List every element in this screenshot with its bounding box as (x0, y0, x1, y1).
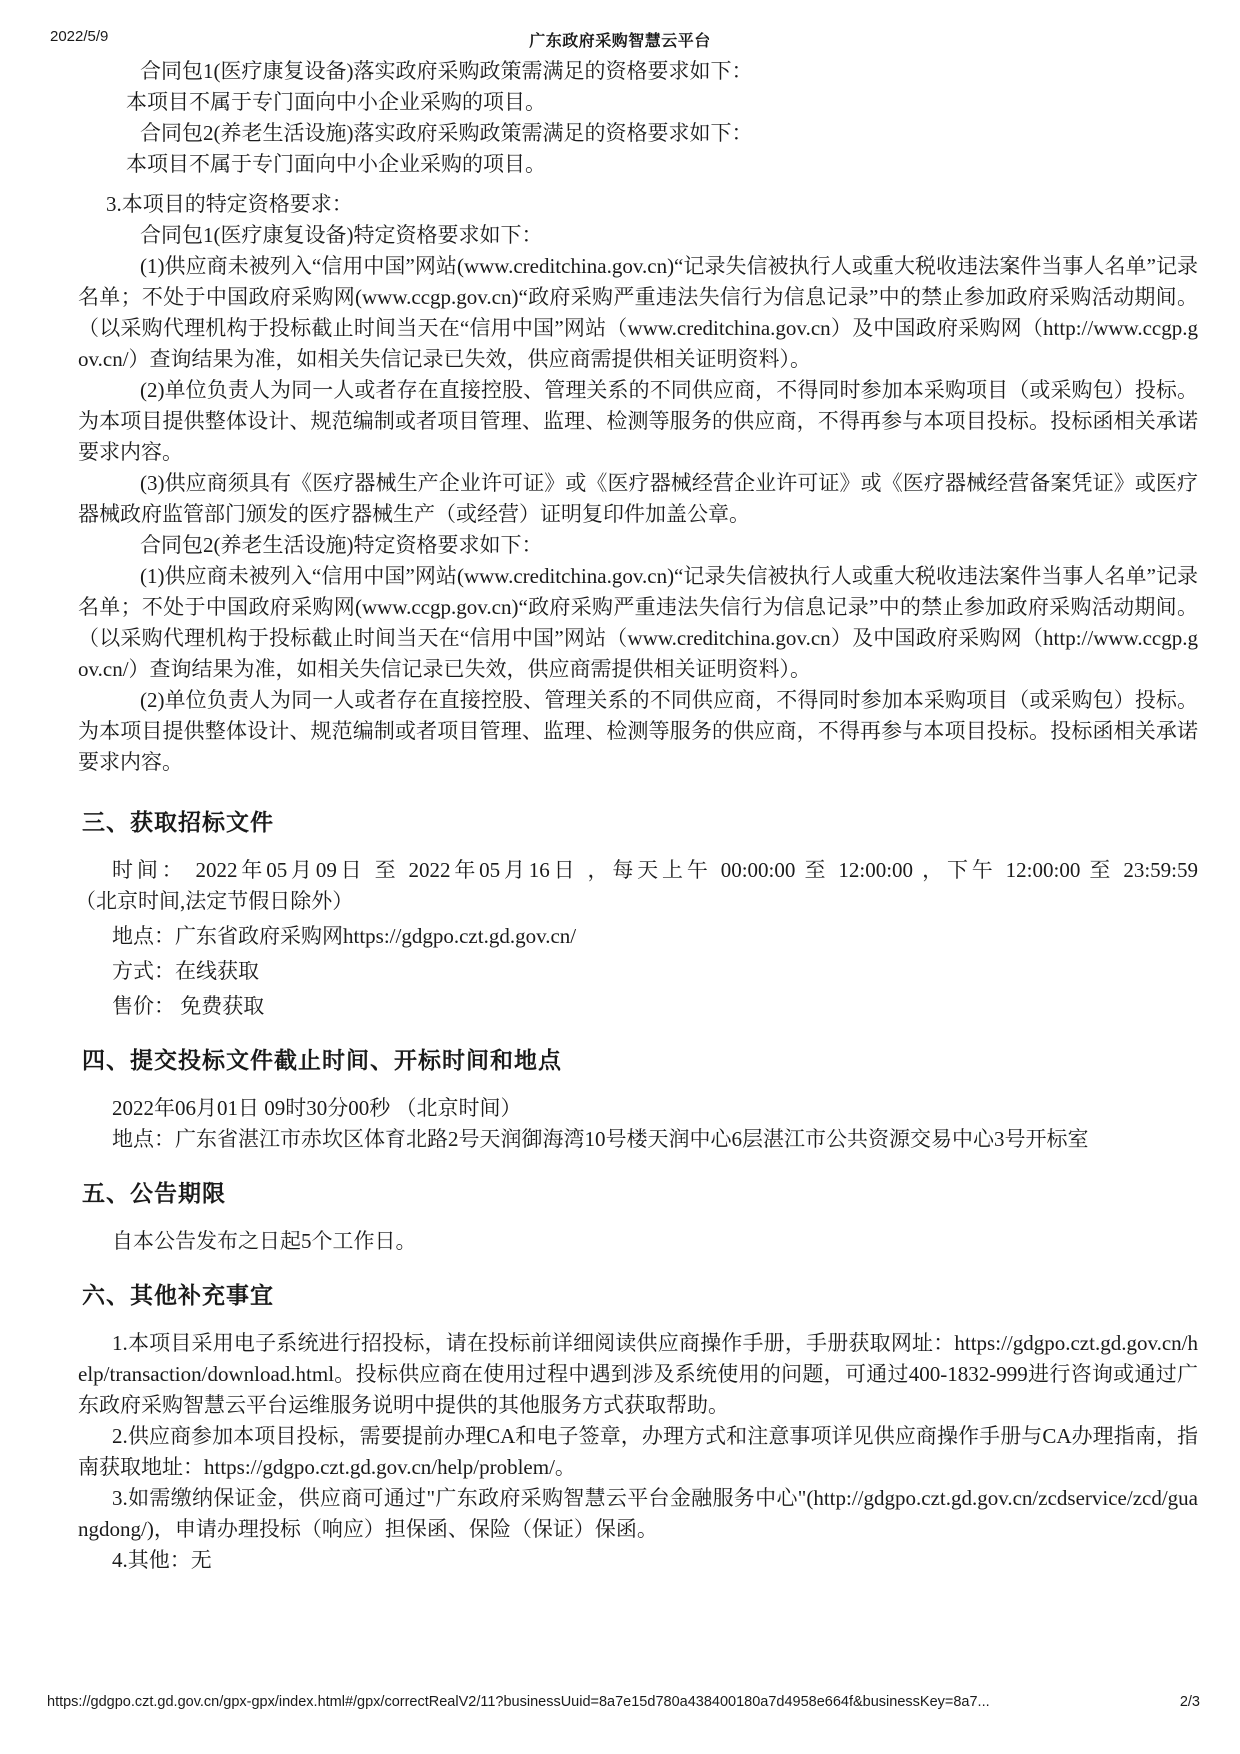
obtain-time: 时间： 2022年05月09日 至 2022年05月16日 ，每天上午 00:0… (78, 855, 1198, 886)
specific-qualification-heading: 3.本项目的特定资格要求： (78, 189, 1198, 220)
page-number: 2/3 (1150, 1694, 1200, 1710)
print-header: 2022/5/9 广东政府采购智慧云平台 (50, 28, 1190, 50)
other-matter-item-3: 3.如需缴纳保证金，供应商可通过"广东政府采购智慧云平台金融服务中心"(http… (78, 1483, 1198, 1545)
other-matter-item-1: 1.本项目采用电子系统进行招投标，请在投标前详细阅读供应商操作手册，手册获取网址… (78, 1328, 1198, 1421)
footer-url: https://gdgpo.czt.gd.gov.cn/gpx-gpx/inde… (47, 1694, 990, 1710)
notice-period-text: 自本公告发布之日起5个工作日。 (78, 1226, 1198, 1257)
section-heading-other-matters: 六、其他补充事宜 (78, 1279, 1198, 1313)
package2-policy-note: 本项目不属于专门面向中小企业采购的项目。 (78, 149, 1198, 180)
other-matter-item-4: 4.其他：无 (78, 1545, 1198, 1576)
obtain-method: 方式：在线获取 (78, 956, 1198, 987)
package1-qualification-item-2: (2)单位负责人为同一人或者存在直接控股、管理关系的不同供应商，不得同时参加本采… (78, 375, 1198, 468)
obtain-time-note: （北京时间,法定节假日除外） (78, 886, 1198, 917)
package2-qualification-item-2: (2)单位负责人为同一人或者存在直接控股、管理关系的不同供应商，不得同时参加本采… (78, 685, 1198, 778)
obtain-price: 售价： 免费获取 (78, 991, 1198, 1022)
bid-deadline-time: 2022年06月01日 09时30分00秒 （北京时间） (78, 1093, 1198, 1124)
package2-qualification-title: 合同包2(养老生活设施)特定资格要求如下： (78, 530, 1198, 561)
section-heading-notice-period: 五、公告期限 (78, 1177, 1198, 1211)
package2-qualification-item-1: (1)供应商未被列入“信用中国”网站(www.creditchina.gov.c… (78, 561, 1198, 685)
document-page: { "header": { "date": "2022/5/9", "title… (0, 0, 1240, 1754)
print-footer: https://gdgpo.czt.gd.gov.cn/gpx-gpx/inde… (47, 1694, 1200, 1710)
obtain-location: 地点：广东省政府采购网https://gdgpo.czt.gd.gov.cn/ (78, 921, 1198, 952)
package1-qualification-item-3: (3)供应商须具有《医疗器械生产企业许可证》或《医疗器械经营企业许可证》或《医疗… (78, 468, 1198, 530)
package2-policy-heading: 合同包2(养老生活设施)落实政府采购政策需满足的资格要求如下： (78, 118, 1198, 149)
section-heading-obtain-documents: 三、获取招标文件 (78, 806, 1198, 840)
section-heading-bid-deadline: 四、提交投标文件截止时间、开标时间和地点 (78, 1044, 1198, 1078)
package1-qualification-item-1: (1)供应商未被列入“信用中国”网站(www.creditchina.gov.c… (78, 251, 1198, 375)
site-title: 广东政府采购智慧云平台 (50, 28, 1190, 51)
other-matter-item-2: 2.供应商参加本项目投标，需要提前办理CA和电子签章，办理方式和注意事项详见供应… (78, 1421, 1198, 1483)
announcement-body: 合同包1(医疗康复设备)落实政府采购政策需满足的资格要求如下： 本项目不属于专门… (78, 56, 1198, 1576)
package1-policy-note: 本项目不属于专门面向中小企业采购的项目。 (78, 87, 1198, 118)
package1-qualification-title: 合同包1(医疗康复设备)特定资格要求如下： (78, 220, 1198, 251)
package1-policy-heading: 合同包1(医疗康复设备)落实政府采购政策需满足的资格要求如下： (78, 56, 1198, 87)
bid-opening-location: 地点：广东省湛江市赤坎区体育北路2号天润御海湾10号楼天润中心6层湛江市公共资源… (78, 1124, 1198, 1155)
